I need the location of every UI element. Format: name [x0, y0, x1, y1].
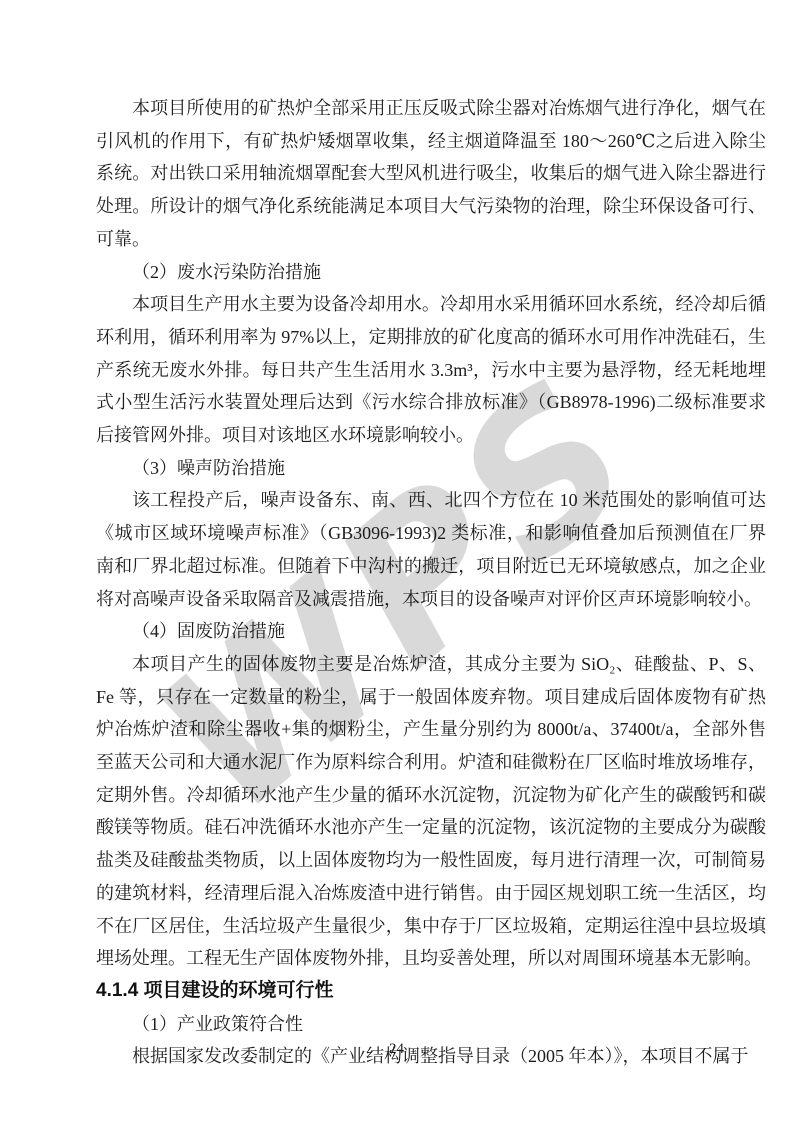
- subheading-industry-policy: （1）产业政策符合性: [96, 1008, 766, 1041]
- paragraph-wastewater-control: 本项目生产用水主要为设备冷却用水。冷却用水采用循环回水系统，经冷却后循环利用，循…: [96, 288, 766, 452]
- paragraph-noise-control: 该工程投产后，噪声设备东、南、西、北四个方位在 10 米范围处的影响值可达《城市…: [96, 484, 766, 615]
- document-content: 本项目所使用的矿热炉全部采用正压反吸式除尘器对冶炼烟气进行净化，烟气在引风机的作…: [96, 92, 766, 1073]
- paragraph-solid-waste-control: 本项目产生的固体废物主要是冶炼炉渣，其成分主要为 SiO₂、硅酸盐、P、S、Fe…: [96, 648, 766, 975]
- subheading-wastewater-measures: （2）废水污染防治措施: [96, 256, 766, 289]
- document-page: WPS 本项目所使用的矿热炉全部采用正压反吸式除尘器对冶炼烟气进行净化，烟气在引…: [0, 0, 793, 1122]
- subheading-solid-waste-measures: （4）固废防治措施: [96, 615, 766, 648]
- subheading-noise-measures: （3）噪声防治措施: [96, 452, 766, 485]
- page-number: 24: [0, 1038, 793, 1060]
- section-heading-4-1-4: 4.1.4 项目建设的环境可行性: [96, 975, 766, 1008]
- paragraph-dust-control: 本项目所使用的矿热炉全部采用正压反吸式除尘器对冶炼烟气进行净化，烟气在引风机的作…: [96, 92, 766, 256]
